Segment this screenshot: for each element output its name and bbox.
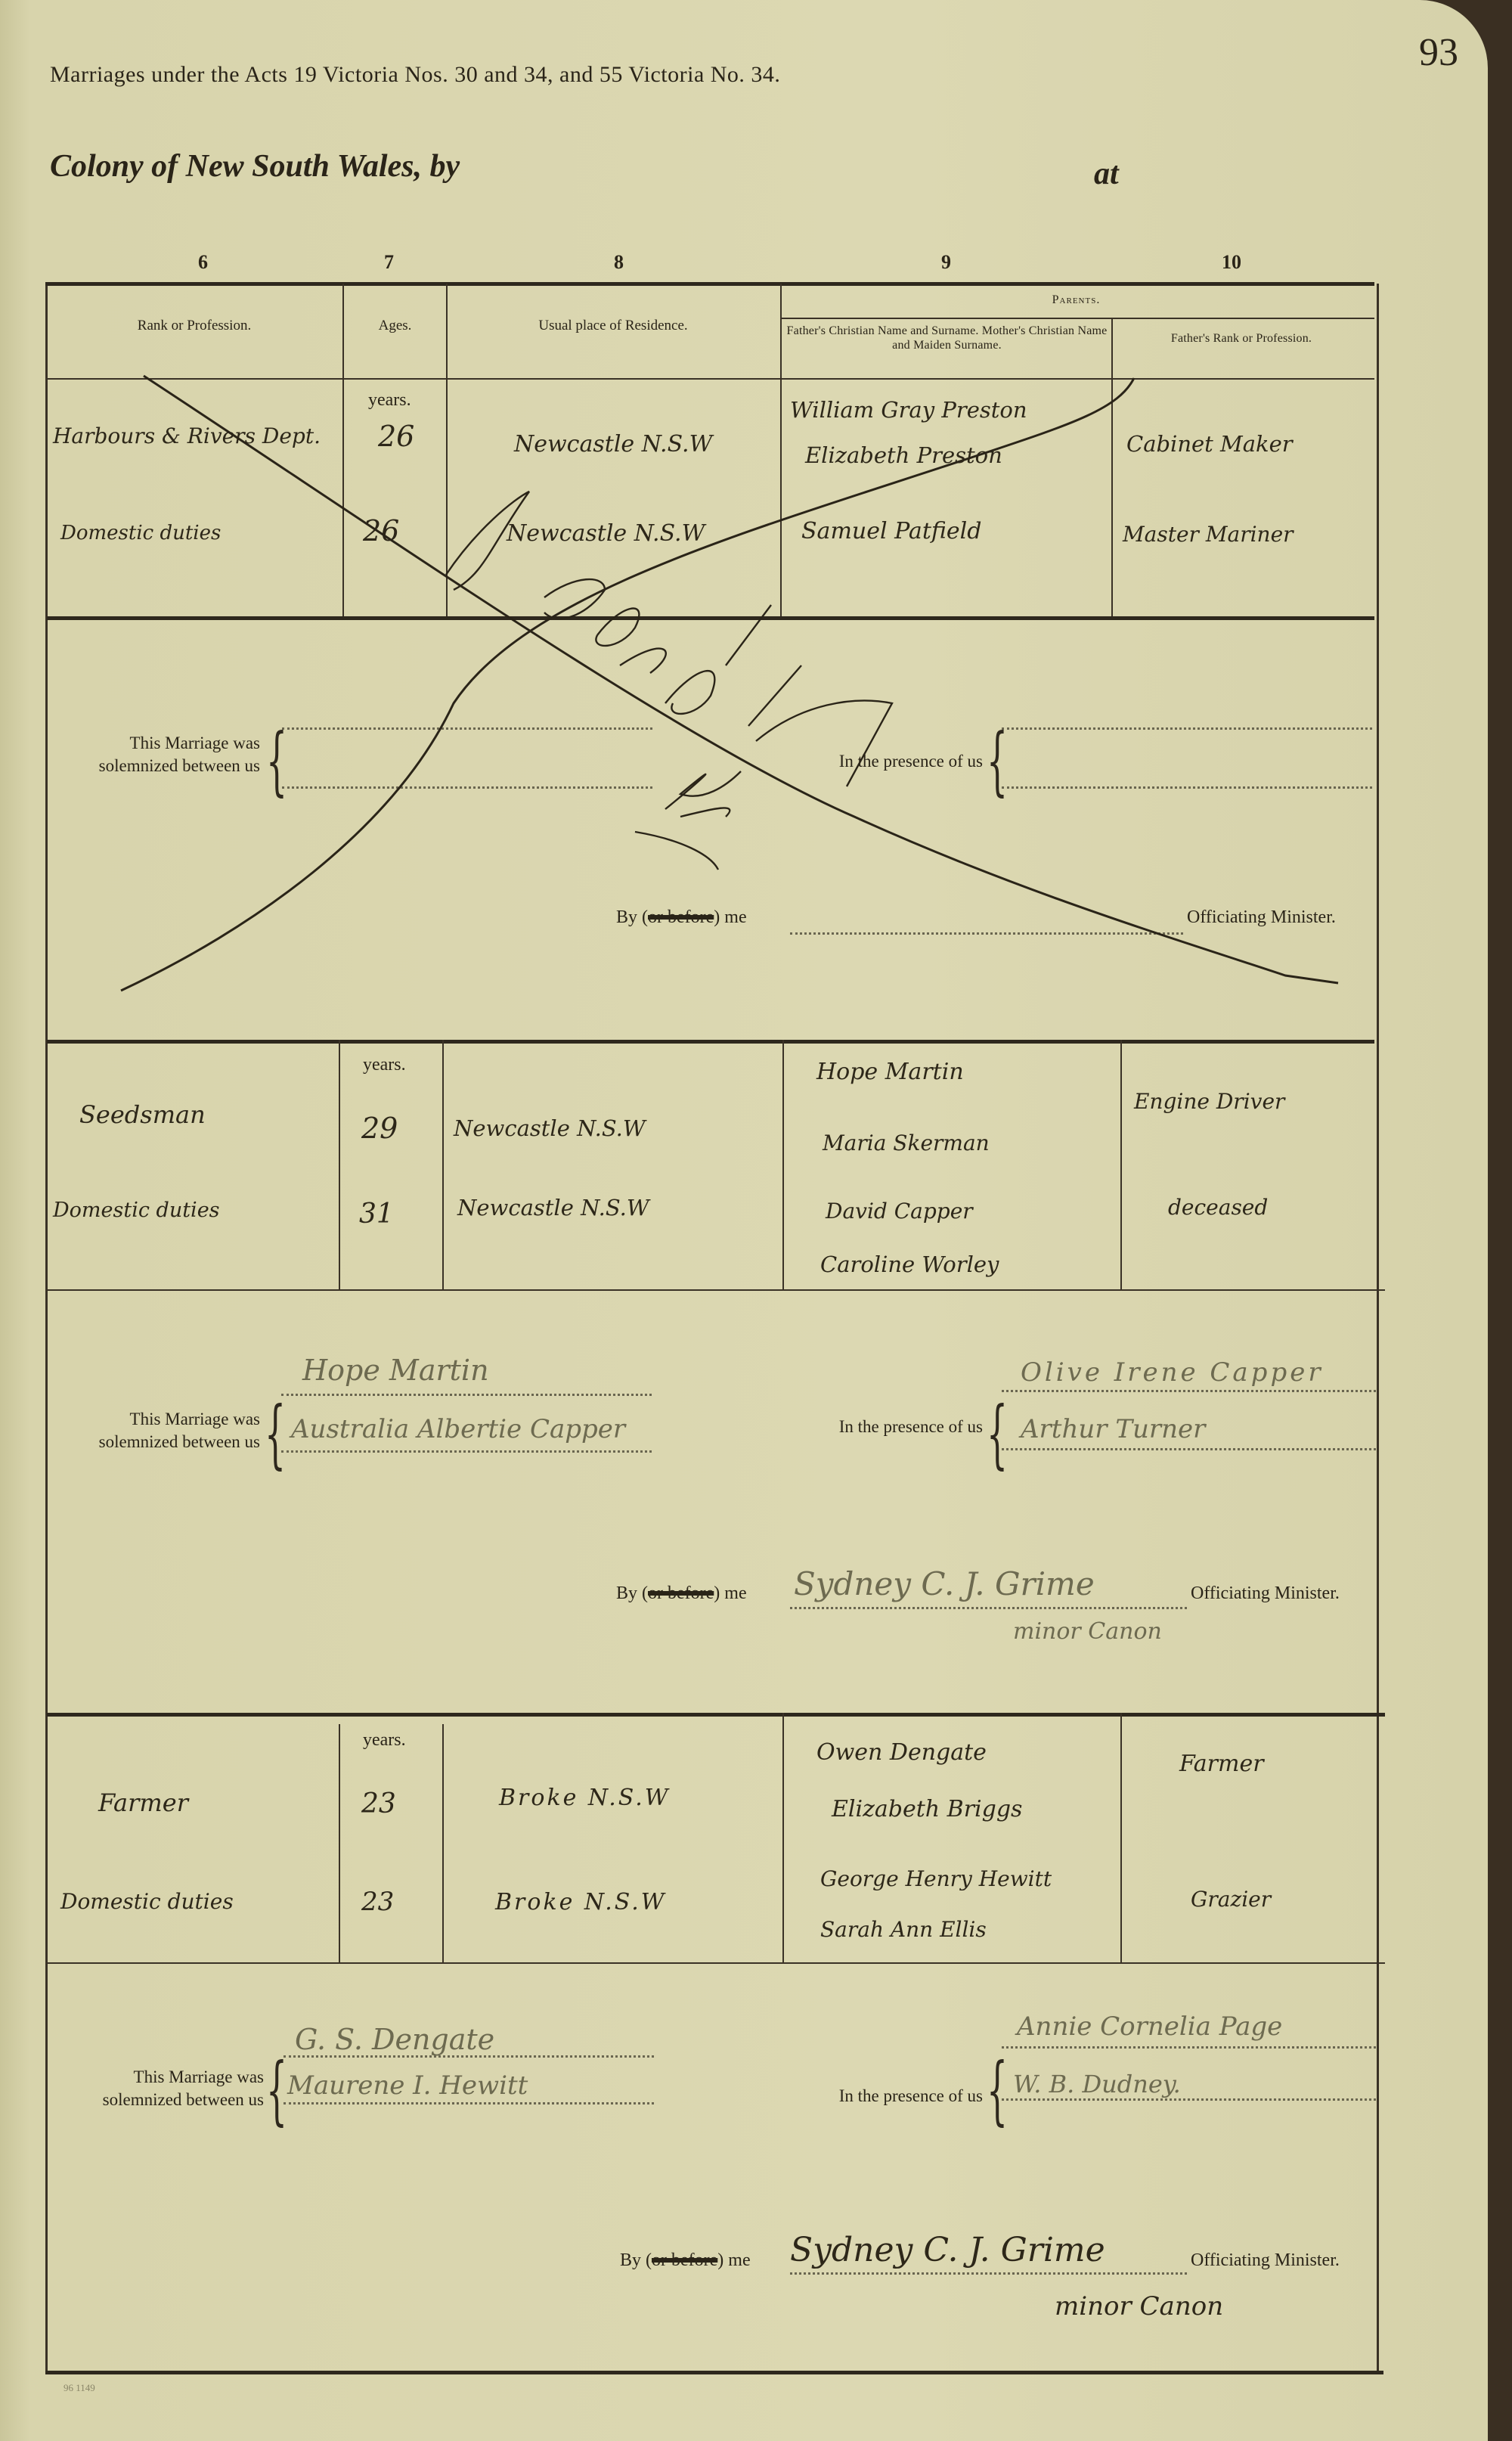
bride-father: David Capper <box>826 1199 973 1224</box>
bride-residence: Newcastle N.S.W <box>457 1195 649 1220</box>
groom-father-profession: Cabinet Maker <box>1126 431 1293 457</box>
by-label: By ( <box>620 2250 652 2270</box>
groom-age: 29 <box>361 1112 398 1145</box>
me-label: ) me <box>714 1583 746 1603</box>
colony-heading: Colony of New South Wales, by <box>50 148 460 185</box>
column-number-10: 10 <box>1222 251 1241 274</box>
at-label: at <box>1094 156 1119 192</box>
bride-age: 26 <box>363 514 399 547</box>
header-parents-group: Parents. <box>780 292 1372 309</box>
by-label: By ( <box>616 907 648 927</box>
groom-mother: Elizabeth Preston <box>805 442 1002 468</box>
party-2-line <box>282 786 652 789</box>
minister-line <box>790 1607 1187 1609</box>
groom-profession: Seedsman <box>79 1100 206 1129</box>
minister-title: minor Canon <box>1013 1618 1162 1645</box>
groom-profession: Farmer <box>98 1788 188 1817</box>
groom-mother: Maria Skerman <box>823 1131 990 1155</box>
entry-rule <box>47 1962 1385 1964</box>
groom-father-profession: Farmer <box>1179 1751 1264 1777</box>
bride-mother: Sarah Ann Ellis <box>820 1917 987 1942</box>
header-parents-names: Father's Christian Name and Surname. Mot… <box>786 324 1108 352</box>
bride-age: 31 <box>359 1199 394 1230</box>
years-label: years. <box>363 1055 406 1075</box>
header-rank-profession: Rank or Profession. <box>47 318 342 334</box>
bride-father: George Henry Hewitt <box>820 1866 1052 1891</box>
or-before-struck: or before <box>648 907 714 927</box>
entry-rule <box>47 616 1374 620</box>
minister-title: minor Canon <box>1055 2291 1223 2322</box>
solemnized-line-2: solemnized between us <box>48 1431 260 1453</box>
bride-residence: Broke N.S.W <box>495 1889 667 1915</box>
solemnized-line-1: This Marriage was <box>48 2066 264 2089</box>
groom-father: William Gray Preston <box>790 397 1027 423</box>
years-label: years. <box>363 1730 406 1751</box>
witness-1-line <box>1002 727 1372 730</box>
entry-rule <box>47 1040 1374 1044</box>
brace-icon: { <box>987 2054 1008 2128</box>
groom-mother: Elizabeth Briggs <box>832 1796 1022 1822</box>
witness-2-line <box>1002 786 1372 789</box>
minister-signature: Sydney C. J. Grime <box>790 2231 1105 2269</box>
header-ages: Ages. <box>344 318 446 334</box>
divider <box>782 1040 784 1289</box>
minister-line <box>790 932 1183 935</box>
register-title: Marriages under the Acts 19 Victoria Nos… <box>50 62 780 88</box>
divider <box>782 1713 784 1962</box>
party-1-line <box>281 1394 652 1396</box>
officiating-label: Officiating Minister. <box>1191 2250 1340 2271</box>
table-top-rule <box>45 282 1374 286</box>
divider <box>446 284 448 616</box>
or-before-struck: or before <box>652 2250 717 2270</box>
by-line: By (or before) me <box>620 2250 751 2271</box>
divider <box>342 284 344 616</box>
header-bottom-rule <box>47 378 1374 380</box>
bride-residence: Newcastle N.S.W <box>507 520 705 547</box>
witness-2-line <box>1002 2098 1376 2101</box>
solemnized-label: This Marriage was solemnized between us <box>48 1408 260 1453</box>
party-2-signature: Australia Albertie Capper <box>291 1414 625 1444</box>
party-1-line <box>282 727 652 730</box>
groom-father-profession: Engine Driver <box>1134 1089 1284 1114</box>
divider <box>442 1040 444 1289</box>
party-1-signature: Hope Martin <box>302 1354 489 1387</box>
minister-line <box>790 2272 1187 2275</box>
officiating-label: Officiating Minister. <box>1191 1583 1340 1604</box>
brace-icon: { <box>987 1397 1008 1472</box>
page-number: 93 <box>1419 30 1458 75</box>
groom-residence: Newcastle N.S.W <box>454 1115 646 1141</box>
witness-2-signature: W. B. Dudney. <box>1013 2070 1181 2098</box>
groom-profession: Harbours & Rivers Dept. <box>53 423 321 448</box>
column-number-9: 9 <box>941 251 951 274</box>
groom-age: 23 <box>361 1788 396 1819</box>
bride-age: 23 <box>361 1887 394 1917</box>
parents-subrule <box>780 318 1374 319</box>
column-number-8: 8 <box>614 251 624 274</box>
groom-residence: Broke N.S.W <box>499 1785 671 1811</box>
years-label: years. <box>368 390 411 411</box>
header-residence: Usual place of Residence. <box>446 318 780 334</box>
me-label: ) me <box>717 2250 750 2270</box>
solemnized-line-2: solemnized between us <box>48 755 260 777</box>
officiating-label: Officiating Minister. <box>1187 907 1336 928</box>
bride-father: Samuel Patfield <box>801 518 981 544</box>
entry-rule <box>47 1713 1385 1717</box>
divider <box>442 1724 444 1962</box>
header-father-profession: Father's Rank or Profession. <box>1113 331 1370 346</box>
solemnized-line-1: This Marriage was <box>48 1408 260 1431</box>
brace-icon: { <box>266 2054 287 2128</box>
bride-profession: Domestic duties <box>60 522 221 544</box>
solemnized-label: This Marriage was solemnized between us <box>48 732 260 777</box>
bride-mother: Caroline Worley <box>820 1252 999 1277</box>
table-bottom-rule <box>45 2371 1383 2374</box>
witness-2-line <box>1002 1448 1376 1450</box>
divider <box>1120 1713 1122 1962</box>
bride-father-profession: Master Mariner <box>1123 522 1294 547</box>
divider <box>780 284 782 616</box>
minister-signature: Sydney C. J. Grime <box>794 1565 1095 1602</box>
me-label: ) me <box>714 907 746 927</box>
column-number-6: 6 <box>198 251 208 274</box>
by-label: By ( <box>616 1583 648 1603</box>
party-2-line <box>281 1450 652 1453</box>
register-table <box>45 284 1379 2371</box>
party-2-line <box>283 2102 654 2104</box>
form-code: 96 1149 <box>64 2382 95 2394</box>
witness-2-signature: Arthur Turner <box>1021 1414 1205 1444</box>
brace-icon: { <box>265 1397 286 1472</box>
by-line: By (or before) me <box>616 1583 747 1604</box>
solemnized-label: This Marriage was solemnized between us <box>48 2066 264 2111</box>
register-page: 93 Marriages under the Acts 19 Victoria … <box>0 0 1488 2441</box>
witness-1-line <box>1002 1390 1376 1392</box>
groom-age: 26 <box>378 420 414 453</box>
divider <box>1120 1040 1122 1289</box>
bride-profession: Domestic duties <box>60 1889 234 1914</box>
column-number-7: 7 <box>384 251 394 274</box>
entry-rule <box>47 1289 1385 1291</box>
presence-label: In the presence of us <box>748 2085 983 2108</box>
divider <box>339 1724 340 1962</box>
party-1-signature: G. S. Dengate <box>295 2023 494 2056</box>
witness-1-line <box>1002 2046 1376 2049</box>
witness-1-signature: Annie Cornelia Page <box>1017 2011 1282 2042</box>
presence-label: In the presence of us <box>741 750 983 773</box>
party-2-signature: Maurene I. Hewitt <box>287 2070 528 2101</box>
presence-label: In the presence of us <box>748 1416 983 1438</box>
by-line: By (or before) me <box>616 907 747 928</box>
bride-profession: Domestic duties <box>53 1199 220 1222</box>
divider <box>339 1040 340 1289</box>
groom-residence: Newcastle N.S.W <box>514 431 712 457</box>
bride-father-profession: deceased <box>1168 1195 1268 1220</box>
groom-father: Hope Martin <box>816 1059 964 1085</box>
groom-father: Owen Dengate <box>816 1739 987 1766</box>
witness-1-signature: Olive Irene Capper <box>1021 1357 1324 1388</box>
or-before-struck: or before <box>648 1583 714 1603</box>
solemnized-line-2: solemnized between us <box>48 2089 264 2111</box>
divider <box>1111 318 1113 616</box>
solemnized-line-1: This Marriage was <box>48 732 260 755</box>
bride-father-profession: Grazier <box>1191 1887 1271 1912</box>
